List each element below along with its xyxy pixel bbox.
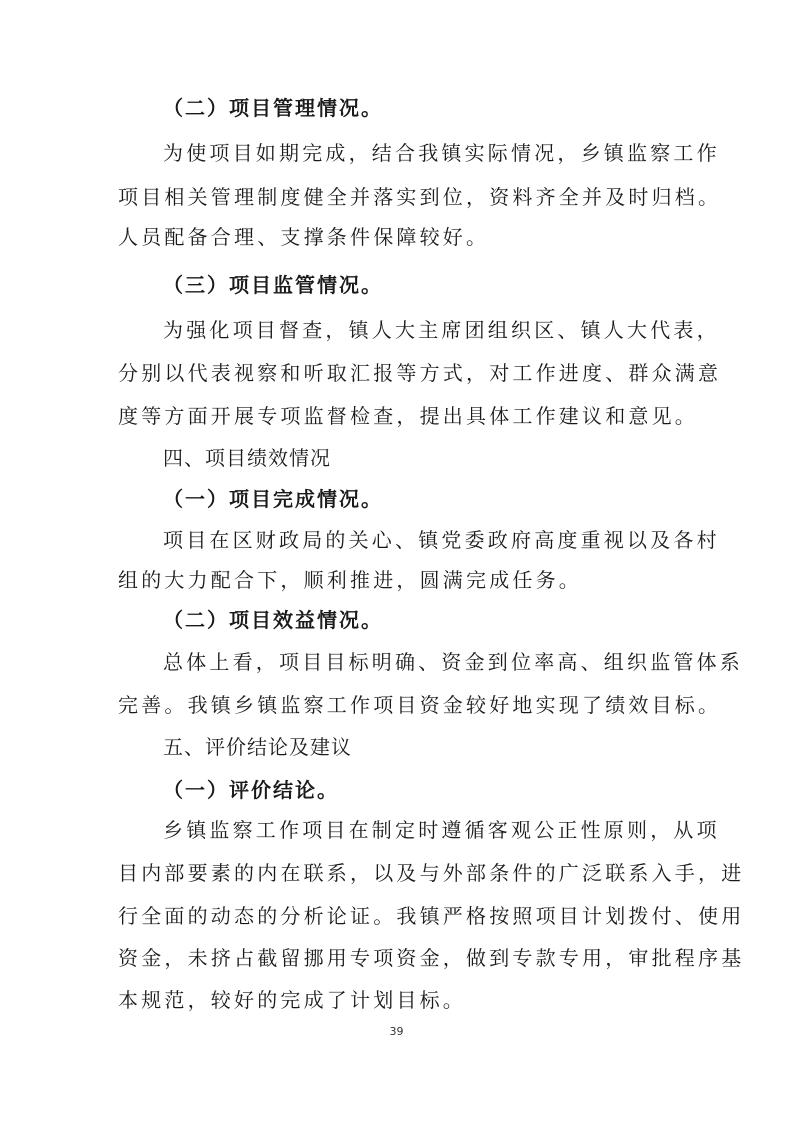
paragraph-line: 为强化项目督查，镇人大主席团组织区、镇人大代表， [163,316,688,344]
paragraph-line: 目内部要素的内在联系，以及与外部条件的广泛联系入手，进 [118,859,688,887]
section-subheading: （三）项目监管情况。 [163,271,733,299]
paragraph-line: 人员配备合理、支撑条件保障较好。 [118,223,688,251]
paragraph-line: 本规范，较好的完成了计划目标。 [118,986,688,1014]
paragraph-line: 乡镇监察工作项目在制定时遵循客观公正性原则，从项 [163,816,688,844]
paragraph-line: 总体上看，项目目标明确、资金到位率高、组织监管体系 [163,648,688,676]
paragraph-line: 资金，未挤占截留挪用专项资金，做到专款专用，审批程序基 [118,944,688,972]
section-subheading: （一）项目完成情况。 [163,485,733,513]
paragraph-line: 行全面的动态的分析论证。我镇严格按照项目计划拨付、使用 [118,902,688,930]
section-subheading: （一）评价结论。 [163,776,733,804]
paragraph-line: 组的大力配合下，顺利推进，圆满完成任务。 [118,566,688,594]
paragraph-line: 完善。我镇乡镇监察工作项目资金较好地实现了绩效目标。 [118,691,688,719]
paragraph-line: 度等方面开展专项监督检查，提出具体工作建议和意见。 [118,402,688,430]
section-subheading: （二）项目管理情况。 [163,94,733,122]
paragraph-line: 项目在区财政局的关心、镇党委政府高度重视以及各村 [163,526,688,554]
section-subheading: （二）项目效益情况。 [163,606,733,634]
section-heading: 五、评价结论及建议 [163,733,733,761]
paragraph-line: 项目相关管理制度健全并落实到位，资料齐全并及时归档。 [118,183,688,211]
page-number: 39 [0,1025,793,1038]
paragraph-line: 分别以代表视察和听取汇报等方式，对工作进度、群众满意 [118,359,688,387]
section-heading: 四、项目绩效情况 [163,444,733,472]
paragraph-line: 为使项目如期完成，结合我镇实际情况，乡镇监察工作 [163,139,688,167]
